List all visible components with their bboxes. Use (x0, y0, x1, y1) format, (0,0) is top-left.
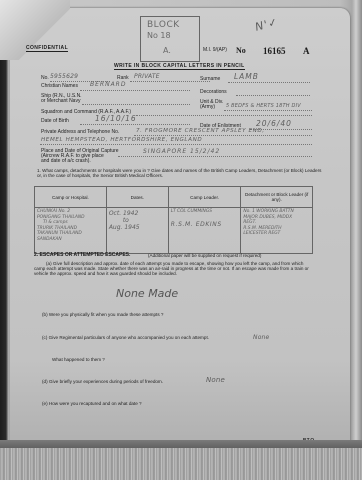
decorations-label: Decorations (200, 90, 227, 96)
question-c-followup: What happened to them ? (52, 357, 105, 362)
leader-line: LT COL CUMMINGS (171, 209, 239, 215)
form-number: 16165 (263, 46, 286, 56)
field-line (118, 156, 312, 157)
date-line: Aug. 1945 (109, 223, 166, 232)
field-line (82, 104, 190, 105)
field-line (134, 135, 312, 136)
cell-dates: Oct. 1942 to Aug. 1945 (106, 208, 168, 254)
camp-line: SANDAKAN (37, 237, 104, 243)
field-line (136, 115, 312, 116)
capture-value: SINGAPORE 15/2/42 (143, 148, 220, 155)
cell-camp-leader: LT COL CUMMINGS R.S.M. EDKINS (168, 208, 241, 254)
col-camp: Camp or Hospital. (35, 187, 107, 208)
address-line-1: 7. FROGMORE CRESCENT APSLEY END, (136, 128, 265, 134)
unit-label-2: (Army) (200, 105, 215, 111)
classification-label: CONFIDENTIAL (26, 45, 68, 52)
instruction-banner: WRITE IN BLOCK CAPITAL LETTERS IN PENCIL (114, 63, 245, 70)
camps-table: Camp or Hospital. Dates. Camp Leader. De… (34, 186, 313, 254)
surname-label: Surname (200, 77, 220, 83)
date-line: Oct. 1942 (109, 209, 166, 218)
stamp-line-1: BLOCK (147, 20, 180, 30)
block-stamp: BLOCK No 18 A. (140, 16, 200, 62)
dob-value: 16/10/16 (95, 114, 137, 123)
rank-value: PRIVATE (134, 73, 160, 80)
page-stack-edge (0, 448, 362, 480)
capture-label-3: and date of a/c crash). (41, 159, 91, 165)
field-line (130, 81, 210, 82)
field-line (80, 124, 190, 125)
field-line (228, 82, 310, 83)
field-line (80, 90, 190, 91)
col-camp-leader: Camp Leader. (168, 187, 241, 208)
number-label: No (236, 46, 246, 55)
address-line-2: HEMEL HEMPSTEAD, HERTFORDSHIRE, ENGLAND (41, 137, 202, 143)
answer-c: None (253, 334, 269, 341)
no-label: No. (41, 76, 49, 82)
col-detachment-leader: Detachment or Block Leader (if any). (241, 187, 313, 208)
section-2-heading: 2. ESCAPES OR ATTEMPTED ESCAPES. (34, 252, 130, 258)
question-b: (b) Were you physically fit when you mad… (42, 312, 163, 317)
table-row: CHUNKAI No. 2 PONIGANG THAILAND TI & cam… (35, 208, 313, 254)
leader-line: R.S.M. EDKINS (171, 220, 239, 229)
form-code: M.I. 9/(AP) (203, 48, 227, 54)
field-line (236, 95, 310, 96)
question-c: (c) Give Regimental particulars of anyon… (42, 335, 209, 340)
ship-label-2: or Merchant Navy (41, 99, 80, 105)
address-label: Private Address and Telephone No. (41, 130, 119, 136)
detachment-line: LEICESTER REGT (243, 231, 310, 237)
table-header-row: Camp or Hospital. Dates. Camp Leader. De… (35, 187, 313, 208)
unit-value: 5 BEDFS & HERTS 18TH DIV (226, 103, 301, 109)
cell-detachment-leader: No. 1 WORKING BATTN MAJOR DUBES, MIDDX R… (241, 208, 313, 254)
question-e: (e) How were you recaptured and on what … (42, 401, 142, 406)
answer-a: None Made (116, 287, 178, 300)
question-a: (a) Give full description and approx. da… (34, 261, 314, 277)
section-2-note: (Additional paper will be supplied on re… (148, 253, 261, 258)
christian-names-label: Christian Names (41, 84, 78, 90)
christian-names-value: BERNARD (90, 81, 126, 88)
field-line (40, 144, 312, 145)
question-d: (d) Give briefly your experiences during… (42, 379, 163, 384)
col-dates: Dates. (106, 187, 168, 208)
stamp-line-3: A. (163, 46, 171, 55)
field-line (224, 110, 312, 111)
service-number: 5955629 (50, 73, 78, 80)
form-suffix: A (303, 46, 310, 56)
cell-camp: CHUNKAI No. 2 PONIGANG THAILAND TI & cam… (35, 208, 107, 254)
dob-label: Date of Birth (41, 119, 69, 125)
stamp-line-2: No 18 (147, 31, 171, 40)
answer-d: None (206, 376, 225, 384)
enlistment-value: 20/6/40 (256, 119, 292, 128)
surname-value: LAMB (234, 72, 259, 81)
section-1-question: 1. What camps, detachments or hospitals … (37, 168, 322, 178)
